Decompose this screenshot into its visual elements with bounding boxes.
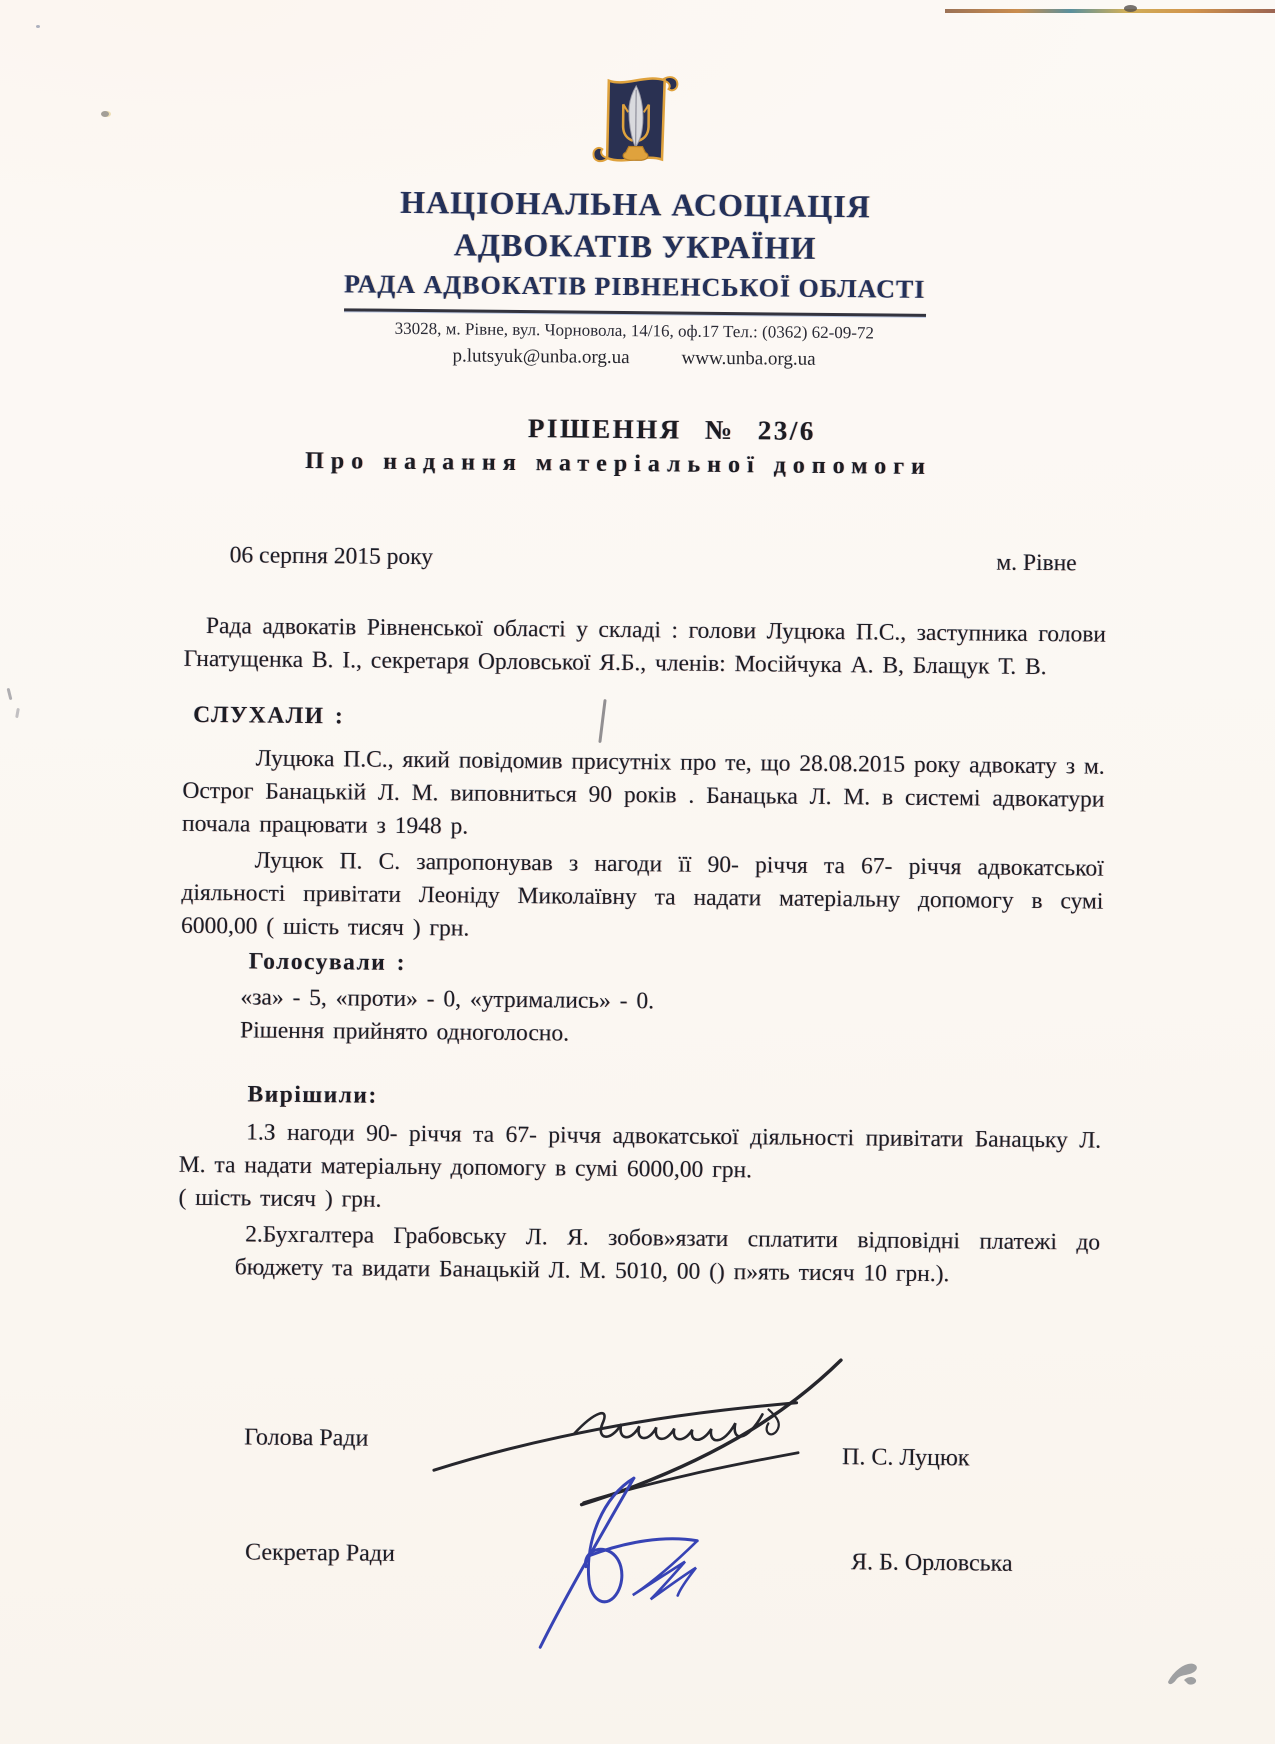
org-email: p.lutsyuk@unba.org.ua bbox=[452, 343, 629, 371]
heard-paragraph-2: Луцюк П. С. запропонував з нагоди її 90-… bbox=[181, 844, 1104, 952]
feather-spine bbox=[635, 90, 636, 147]
heard-paragraph-1: Луцюка П.С., який повідомив присутніх пр… bbox=[182, 742, 1105, 850]
scanned-decision-document: НАЦІОНАЛЬНА АСОЦІАЦІЯ АДВОКАТІВ УКРАЇНИ … bbox=[0, 0, 1275, 1744]
letterhead: НАЦІОНАЛЬНА АСОЦІАЦІЯ АДВОКАТІВ УКРАЇНИ … bbox=[0, 66, 1274, 377]
decision-number-title: РІШЕННЯ № 23/6 bbox=[186, 409, 1158, 450]
org-subname-line: РАДА АДВОКАТІВ РІВНЕНСЬКОЇ ОБЛАСТІ bbox=[0, 266, 1272, 308]
decided-section-label: Вирішили: bbox=[247, 1078, 1101, 1119]
secretary-signature bbox=[532, 1469, 734, 1653]
council-composition-paragraph: Рада адвокатів Рівненської області у скл… bbox=[184, 610, 1107, 685]
vote-unanimous-line: Рішення прийнято одноголосно. bbox=[240, 1014, 1102, 1055]
decision-text: 06 серпня 2015 року м. Рівне Рада адвока… bbox=[178, 539, 1107, 1293]
org-name-line2: АДВОКАТІВ УКРАЇНИ bbox=[0, 222, 1273, 270]
decision-place: м. Рівне bbox=[996, 547, 1077, 581]
decision-subject-title: Про надання матеріальної допомоги bbox=[160, 445, 1076, 484]
org-name-line1: НАЦІОНАЛЬНА АСОЦІАЦІЯ bbox=[0, 180, 1273, 228]
date-place-row: 06 серпня 2015 року м. Рівне bbox=[185, 539, 1107, 581]
decided-item-1: 1.З нагоди 90- річчя та 67- річчя адвока… bbox=[179, 1116, 1102, 1191]
secretary-role-label: Секретар Ради bbox=[245, 1539, 395, 1567]
org-website: www.unba.org.ua bbox=[681, 346, 815, 373]
heard-section-label: СЛУХАЛИ : bbox=[193, 699, 1105, 741]
chairman-role-label: Голова Ради bbox=[244, 1424, 368, 1452]
document-body: НАЦІОНАЛЬНА АСОЦІАЦІЯ АДВОКАТІВ УКРАЇНИ … bbox=[0, 0, 1275, 1294]
chairman-name: П. С. Луцюк bbox=[842, 1444, 970, 1472]
unba-scroll-emblem-icon bbox=[591, 72, 682, 169]
voted-section-label: Голосували : bbox=[249, 945, 1103, 986]
scan-smudge bbox=[1162, 1656, 1202, 1690]
letterhead-rule bbox=[344, 308, 926, 317]
decided-item-2: 2.Бухгалтера Грабовську Л. Я. зобов»язат… bbox=[235, 1218, 1101, 1292]
decision-date: 06 серпня 2015 року bbox=[230, 539, 434, 574]
secretary-name: Я. Б. Орловська bbox=[851, 1549, 1013, 1578]
